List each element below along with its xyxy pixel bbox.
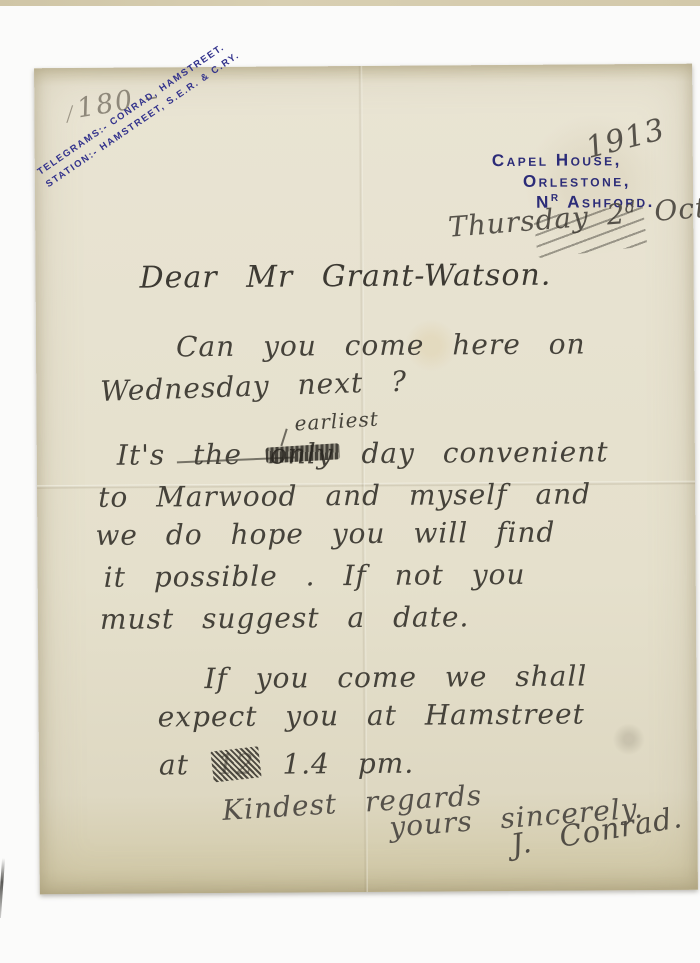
- scan-top-strip: [0, 0, 700, 6]
- body-line: Can you come here on: [176, 330, 586, 361]
- body-line: it possible . If not you: [104, 561, 526, 592]
- scribbled-out-number: 12: [217, 751, 255, 779]
- scan-edge-artifact: [0, 858, 5, 918]
- body-line: It's the only day convenient: [117, 438, 609, 469]
- date-month: Oct: [635, 191, 700, 229]
- body-text: It's the: [117, 438, 270, 472]
- body-line: to Marwood and myself and: [98, 480, 591, 511]
- body-line: we do hope you will find: [95, 519, 555, 550]
- handwritten-year: 1913: [583, 115, 668, 164]
- salutation: Dear Mr Grant-Watson.: [139, 261, 551, 294]
- body-line: must suggest a date.: [100, 603, 470, 634]
- body-line: at 12 1.4 pm.: [159, 750, 414, 780]
- letter-paper: 180 – TELEGRAMS:- CONRAD, HAMSTREET. STA…: [34, 64, 698, 895]
- body-line: If you come we shall: [204, 662, 587, 693]
- inserted-word: earliest: [294, 409, 379, 434]
- body-text: at: [159, 748, 217, 781]
- body-text: 1.4 pm.: [254, 747, 414, 781]
- body-text: day convenient: [333, 435, 608, 470]
- body-line: expect you at Hamstreet: [158, 700, 585, 731]
- struck-out-word: only: [270, 440, 334, 468]
- letterhead-village: Orlestone,: [523, 171, 631, 192]
